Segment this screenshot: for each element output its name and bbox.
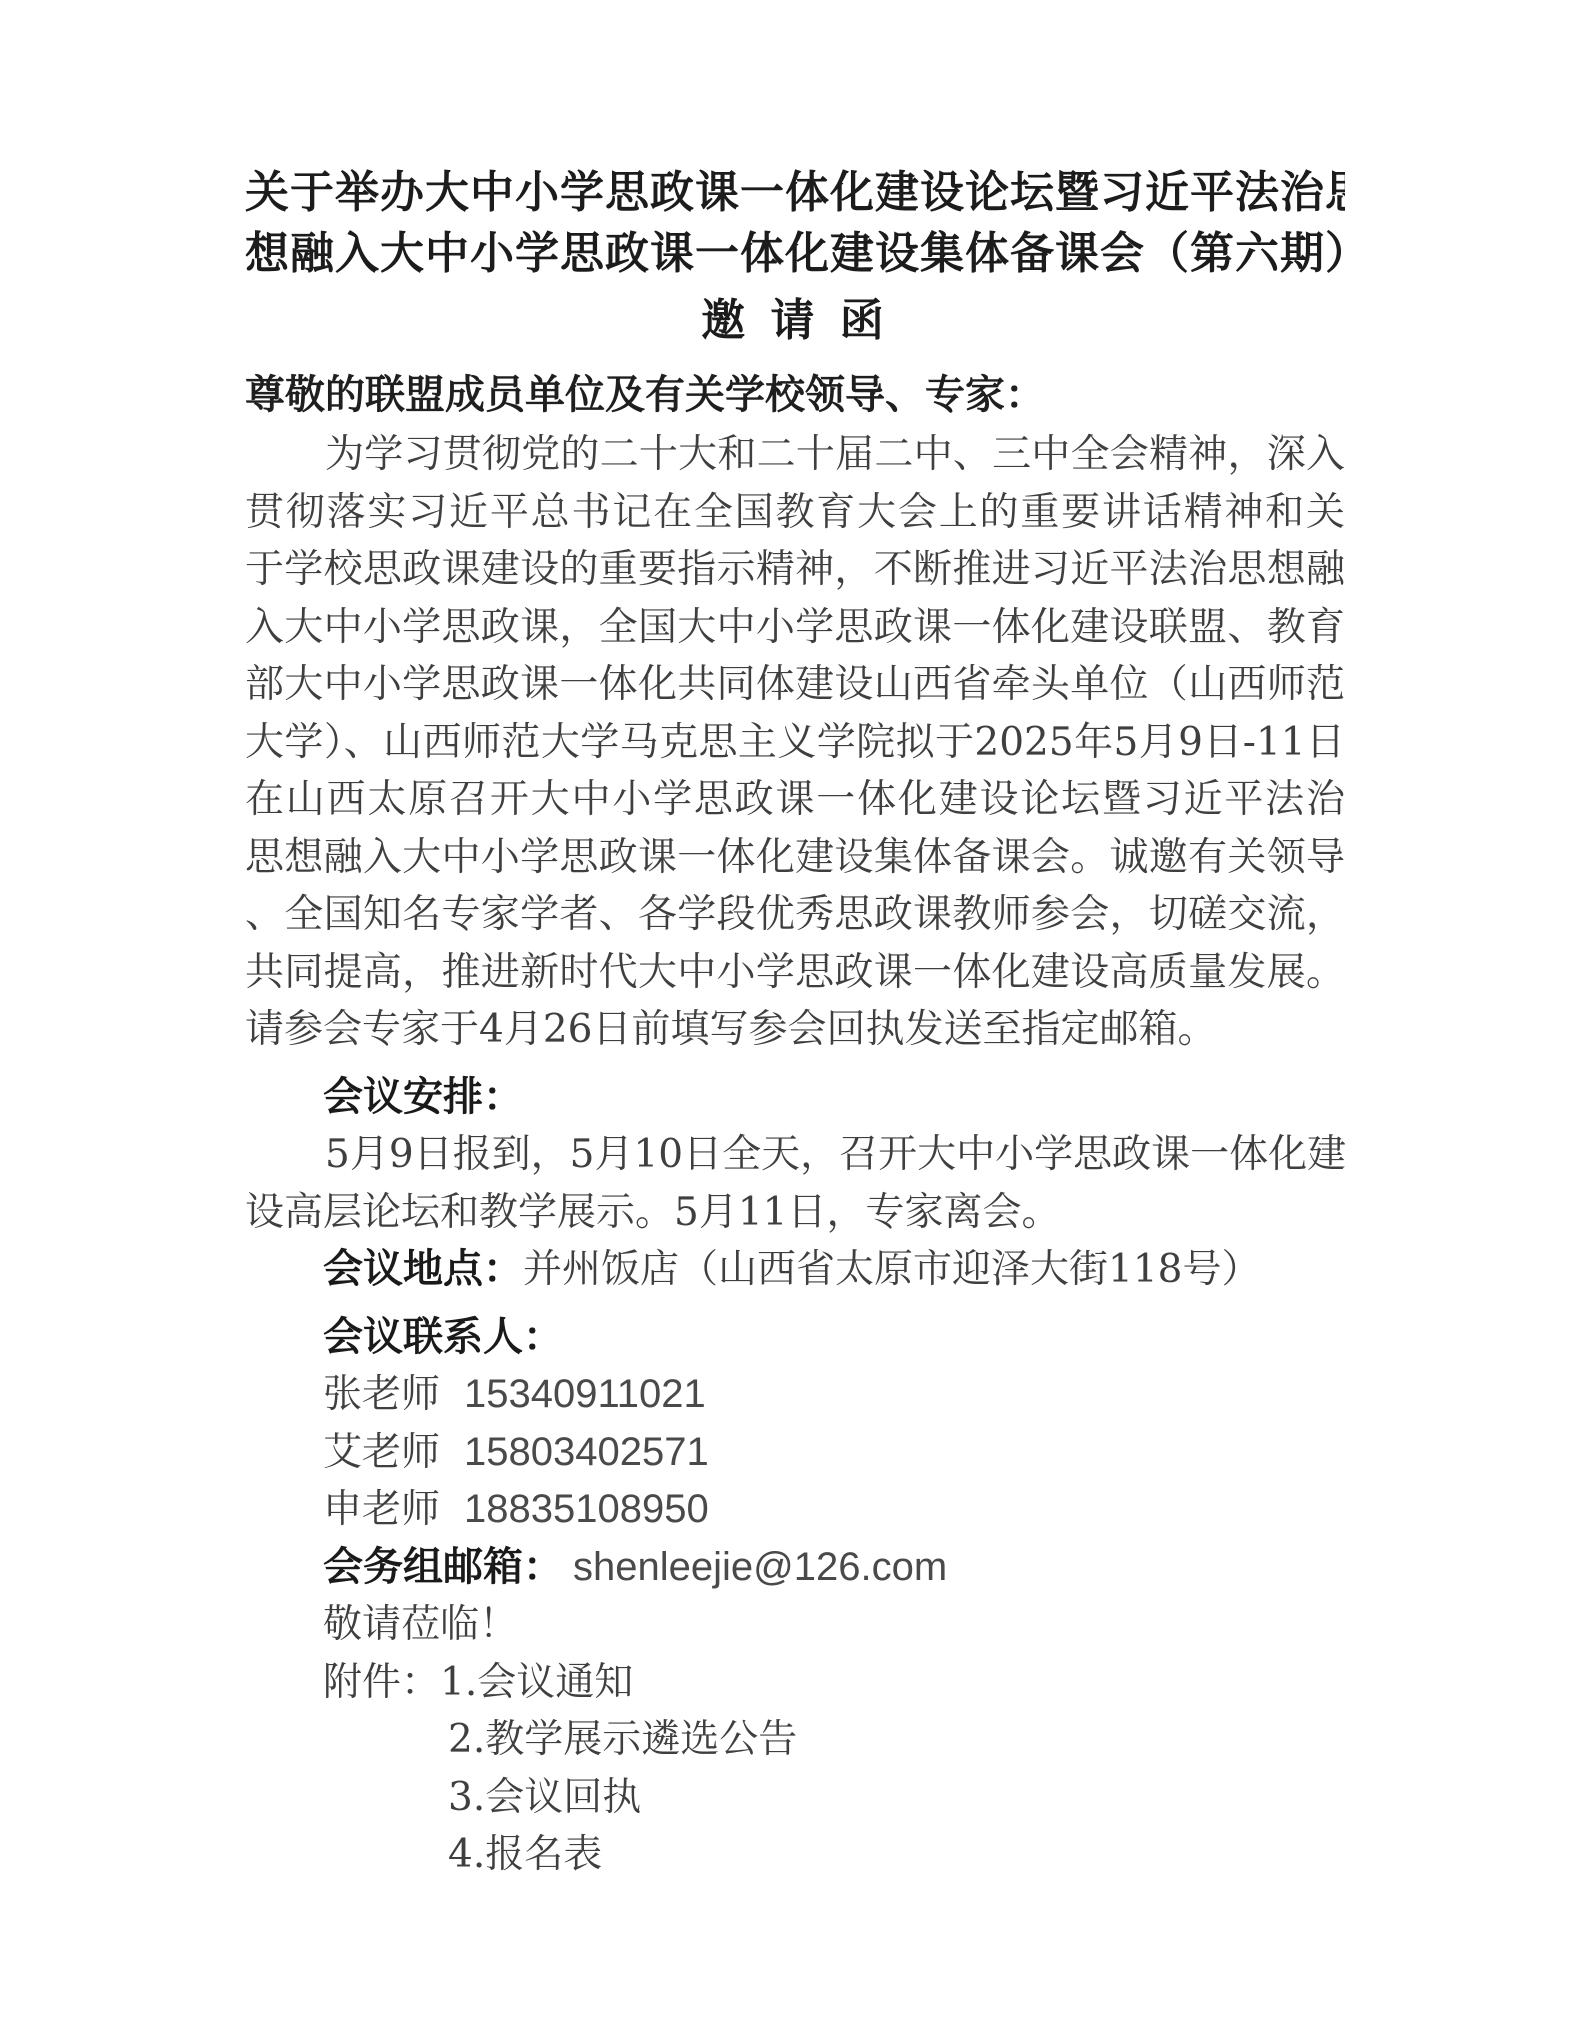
contact-name: 艾老师: [323, 1430, 440, 1475]
attachment-item: 1.会议通知: [440, 1660, 633, 1705]
paragraph-line: 大学）、山西师范大学马克思主义学院拟于2025年5月9日-11日: [245, 714, 1345, 772]
contact-phone: 18835108950: [464, 1487, 709, 1531]
venue-value: 并州饭店（山西省太原市迎泽大街118号）: [523, 1247, 1260, 1292]
email-line: 会务组邮箱：shenleejie@126.com: [245, 1539, 1345, 1597]
attachment-item: 4.报名表: [245, 1826, 1345, 1884]
section-heading-schedule: 会议安排：: [245, 1069, 1345, 1127]
contact-row: 申老师18835108950: [245, 1481, 1345, 1539]
contacts-heading: 会议联系人：: [245, 1309, 1345, 1367]
email-value: shenleejie@126.com: [573, 1545, 947, 1589]
paragraph-line: 在山西太原召开大中小学思政课一体化建设论坛暨习近平法治: [245, 771, 1345, 829]
paragraph-line: 入大中小学思政课，全国大中小学思政课一体化建设联盟、教育: [245, 599, 1345, 657]
contact-row: 张老师15340911021: [245, 1366, 1345, 1424]
paragraph-line: 、全国知名专家学者、各学段优秀思政课教师参会，切磋交流，: [245, 886, 1345, 944]
contact-phone: 15340911021: [464, 1372, 706, 1416]
venue-line: 会议地点：并州饭店（山西省太原市迎泽大街118号）: [245, 1241, 1345, 1299]
doc-subtitle: 邀 请 函: [245, 292, 1345, 350]
paragraph-line: 贯彻落实习近平总书记在全国教育大会上的重要讲话精神和关: [245, 484, 1345, 542]
paragraph-line: 部大中小学思政课一体化共同体建设山西省牵头单位（山西师范: [245, 656, 1345, 714]
attachment-item: 3.会议回执: [245, 1769, 1345, 1827]
document-page: 关于举办大中小学思政课一体化建设论坛暨习近平法治思 想融入大中小学思政课一体化建…: [0, 0, 1586, 2024]
paragraph-line: 于学校思政课建设的重要指示精神，不断推进习近平法治思想融: [245, 541, 1345, 599]
salutation: 尊敬的联盟成员单位及有关学校领导、专家：: [245, 366, 1345, 424]
attachment-item: 2.教学展示遴选公告: [245, 1711, 1345, 1769]
contact-name: 张老师: [323, 1372, 440, 1417]
document-content: 关于举办大中小学思政课一体化建设论坛暨习近平法治思 想融入大中小学思政课一体化建…: [245, 0, 1345, 1884]
attachments-line: 附件：1.会议通知: [245, 1654, 1345, 1712]
contact-name: 申老师: [323, 1487, 440, 1532]
closing-line: 敬请莅临！: [245, 1596, 1345, 1654]
schedule-line: 5月9日报到，5月10日全天，召开大中小学思政课一体化建: [245, 1126, 1345, 1184]
email-label: 会务组邮箱：: [323, 1544, 563, 1590]
doc-title-line-1: 关于举办大中小学思政课一体化建设论坛暨习近平法治思: [245, 162, 1345, 223]
paragraph-line: 请参会专家于4月26日前填写参会回执发送至指定邮箱。: [245, 1001, 1345, 1059]
venue-label: 会议地点：: [323, 1246, 523, 1292]
attachments-label: 附件：: [323, 1660, 440, 1705]
doc-title-line-2: 想融入大中小学思政课一体化建设集体备课会（第六期）: [245, 223, 1345, 284]
schedule-line: 设高层论坛和教学展示。5月11日，专家离会。: [245, 1184, 1345, 1242]
contact-phone: 15803402571: [464, 1430, 709, 1474]
paragraph-line: 为学习贯彻党的二十大和二十届二中、三中全会精神，深入: [245, 426, 1345, 484]
contact-row: 艾老师15803402571: [245, 1424, 1345, 1482]
body-paragraph: 为学习贯彻党的二十大和二十届二中、三中全会精神，深入 贯彻落实习近平总书记在全国…: [245, 426, 1345, 1059]
paragraph-line: 共同提高，推进新时代大中小学思政课一体化建设高质量发展。: [245, 944, 1345, 1002]
paragraph-line: 思想融入大中小学思政课一体化建设集体备课会。诚邀有关领导: [245, 829, 1345, 887]
